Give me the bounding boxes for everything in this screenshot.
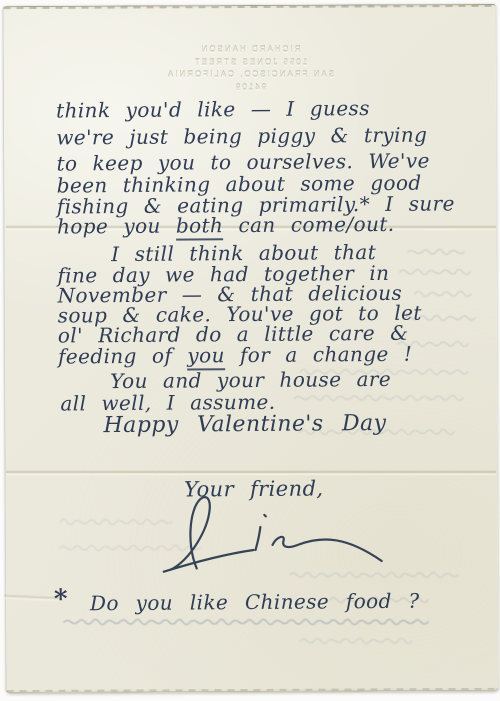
signature-stroke — [170, 497, 210, 570]
signature-stroke — [272, 536, 381, 562]
signature-stroke — [255, 527, 260, 550]
postscript-line: Do you like Chinese food ? — [90, 589, 420, 616]
underlined-word: both — [176, 213, 224, 240]
line-text: feeding of — [58, 343, 188, 368]
signature — [151, 489, 402, 576]
scanned-letter-page: RICHARD HANSON 1055 JONES STREET SAN FRA… — [0, 0, 500, 701]
line-text: hope you — [57, 214, 176, 239]
letter-line: think you'd like — I guess — [56, 96, 370, 122]
signature-stroke — [164, 550, 254, 572]
signature-stroke — [264, 515, 266, 517]
letter-body: think you'd like — I guess we're just be… — [0, 0, 500, 701]
line-text: for a change ! — [225, 342, 413, 367]
letter-line: hope you both can come/out. — [57, 212, 395, 239]
line-text: can come/out. — [223, 212, 394, 237]
underlined-word: you — [187, 343, 225, 370]
letter-line: we're just being piggy & trying — [56, 123, 427, 150]
letter-line: feeding of you for a change ! — [58, 342, 412, 369]
postscript-marker: * — [54, 587, 68, 611]
greeting-line: Happy Valentine's Day — [103, 412, 386, 438]
